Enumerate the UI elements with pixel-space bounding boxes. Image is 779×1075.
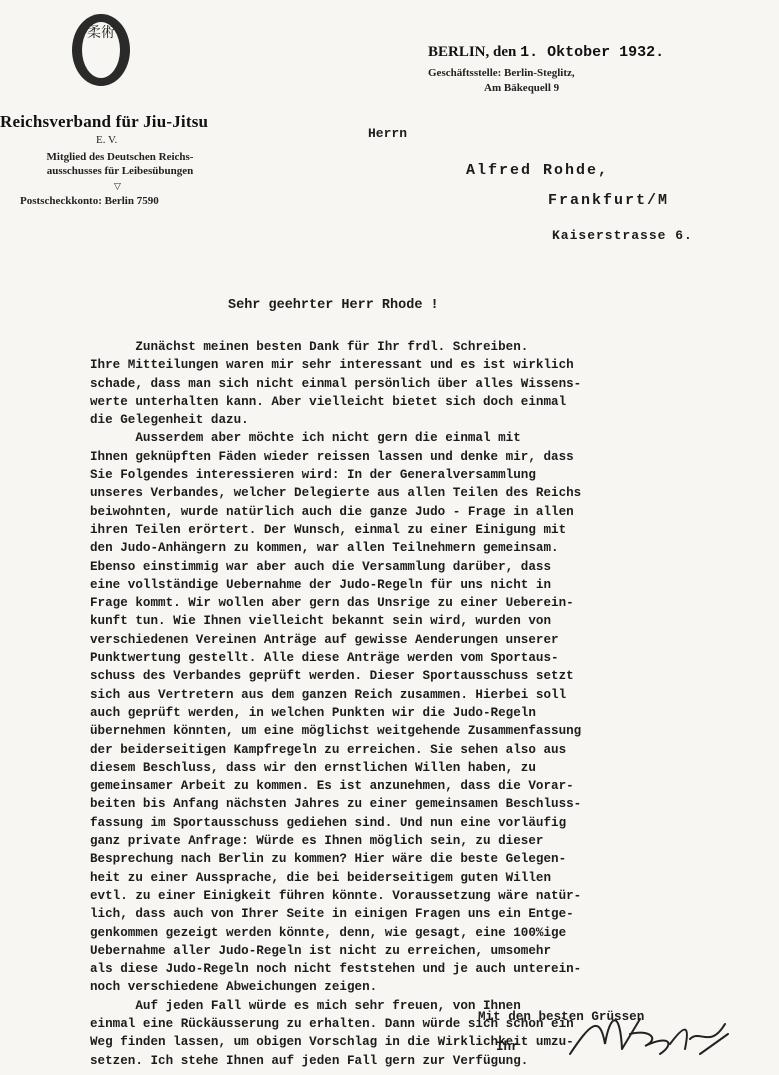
letter-line: diesem Beschluss, dass wir den ernstlich…: [90, 759, 770, 777]
letter-line: Zunächst meinen besten Dank für Ihr frdl…: [90, 338, 770, 356]
letter-page: 柔術 Reichsverband für Jiu-Jitsu E. V. Mit…: [0, 0, 779, 1075]
letter-line: sich aus Vertretern aus dem ganzen Reich…: [90, 686, 770, 704]
letter-line: als diese Judo-Regeln noch nicht festste…: [90, 960, 770, 978]
letter-line: heit zu einer Aussprache, die bei beider…: [90, 869, 770, 887]
letter-line: der beiderseitigen Kampfregeln zu erreic…: [90, 741, 770, 759]
salutation: Sehr geehrter Herr Rhode !: [228, 298, 439, 313]
membership-note: Mitglied des Deutschen Reichs- ausschuss…: [20, 150, 220, 178]
signoff: Ihr: [496, 1040, 519, 1054]
organization-ev: E. V.: [96, 134, 117, 146]
letter-line: schade, dass man sich nicht einmal persö…: [90, 375, 770, 393]
postscheck-account: Postscheckkonto: Berlin 7590: [20, 195, 159, 207]
organization-name: Reichsverband für Jiu-Jitsu: [0, 112, 230, 132]
letter-line: den Judo-Anhängern zu kommen, war allen …: [90, 539, 770, 557]
letter-line: ganz private Anfrage: Würde es Ihnen mög…: [90, 832, 770, 850]
letter-line: übernehmen könnten, um eine möglichst we…: [90, 722, 770, 740]
dateline: BERLIN, den 1. Oktober 1932.: [428, 44, 664, 61]
recipient-city: Frankfurt/M: [548, 192, 669, 209]
letter-line: Uebernahme aller Judo-Regeln ist nicht z…: [90, 942, 770, 960]
recipient-street: Kaiserstrasse 6.: [552, 228, 693, 243]
letter-line: schuss des Verbandes geprüft werden. Die…: [90, 667, 770, 685]
letter-line: genkommen gezeigt werden könnte, denn, w…: [90, 924, 770, 942]
letter-line: werte unterhalten kann. Aber vielleicht …: [90, 393, 770, 411]
jiu-jitsu-emblem-icon: 柔術: [72, 14, 130, 86]
letter-line: Sie Folgendes interessieren wird: In der…: [90, 466, 770, 484]
recipient-title: Herrn: [368, 126, 407, 141]
letter-line: Ausserdem aber möchte ich nicht gern die…: [90, 429, 770, 447]
letter-body: Zunächst meinen besten Dank für Ihr frdl…: [90, 338, 770, 1070]
letter-line: ihren Teilen erörtert. Der Wunsch, einma…: [90, 521, 770, 539]
letter-line: beiten bis Anfang nächsten Jahres zu ein…: [90, 795, 770, 813]
letter-line: die Gelegenheit dazu.: [90, 411, 770, 429]
handwritten-signature-icon: [560, 1004, 740, 1064]
letter-line: evtl. zu einer Einigkeit führen könnte. …: [90, 887, 770, 905]
triangle-icon: ▽: [114, 182, 121, 192]
letter-line: gemeinsamer Arbeit zu kommen. Es ist anz…: [90, 777, 770, 795]
letter-line: Ihnen geknüpften Fäden wieder reissen la…: [90, 448, 770, 466]
dateline-city: BERLIN, den: [428, 44, 516, 60]
office-line-1: Geschäftsstelle: Berlin-Steglitz,: [428, 66, 575, 81]
letter-line: kunft tun. Wie Ihnen vielleicht bekannt …: [90, 612, 770, 630]
letter-line: unseres Verbandes, welcher Delegierte au…: [90, 484, 770, 502]
letter-line: Besprechung nach Berlin zu kommen? Hier …: [90, 850, 770, 868]
office-line-2: Am Bäkequell 9: [428, 81, 575, 96]
letter-line: fassung im Sportausschuss gediehen sind.…: [90, 814, 770, 832]
letter-line: Frage kommt. Wir wollen aber gern das Un…: [90, 594, 770, 612]
membership-line-1: Mitglied des Deutschen Reichs-: [20, 150, 220, 164]
membership-line-2: ausschusses für Leibesübungen: [20, 164, 220, 178]
letter-line: verschiedenen Vereinen Anträge auf gewis…: [90, 631, 770, 649]
letter-date: 1. Oktober 1932.: [520, 44, 664, 61]
letter-line: lich, dass auch von Ihrer Seite in einig…: [90, 905, 770, 923]
office-address: Geschäftsstelle: Berlin-Steglitz, Am Bäk…: [428, 66, 575, 96]
recipient-name: Alfred Rohde,: [466, 162, 609, 179]
emblem-glyphs: 柔術: [82, 22, 120, 78]
letter-line: eine vollständige Uebernahme der Judo-Re…: [90, 576, 770, 594]
letter-line: Punktwertung gestellt. Alle diese Anträg…: [90, 649, 770, 667]
letter-line: beiwohnten, wurde natürlich auch die gan…: [90, 503, 770, 521]
letter-line: noch verschiedene Abweichungen zeigen.: [90, 978, 770, 996]
letter-line: Ebenso einstimmig war aber auch die Vers…: [90, 558, 770, 576]
letter-line: Ihre Mitteilungen waren mir sehr interes…: [90, 356, 770, 374]
letter-line: auch geprüft werden, in welchen Punkten …: [90, 704, 770, 722]
